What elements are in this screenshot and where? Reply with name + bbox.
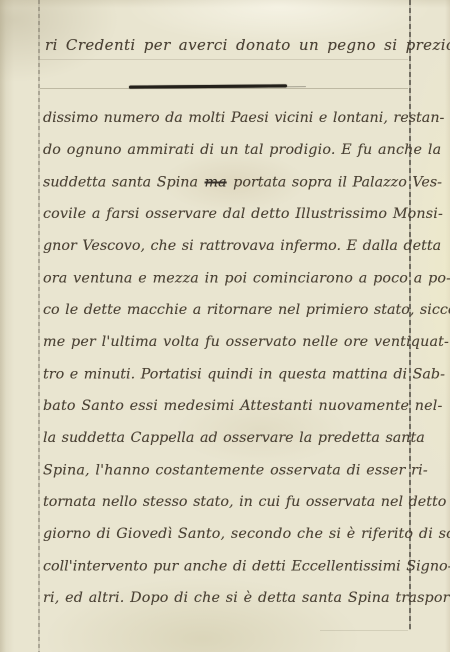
manuscript-line: giorno di Giovedì Santo, secondo che si … xyxy=(43,518,415,550)
manuscript-line: gnor Vescovo, che si rattrovava infermo.… xyxy=(43,230,415,262)
manuscript-line: tro e minuti. Portatisi quindi in questa… xyxy=(43,359,415,391)
manuscript-line: coll'intervento pur anche di detti Eccel… xyxy=(43,551,415,583)
manuscript-line: covile a farsi osservare dal detto Illus… xyxy=(43,198,415,230)
manuscript-line: co le dette macchie a ritornare nel prim… xyxy=(43,294,415,326)
manuscript-line: tornata nello stesso stato, in cui fu os… xyxy=(43,486,415,518)
line-text: portata sopra il Palazzo Ves- xyxy=(228,175,442,191)
catchline-text: ri Credenti per averci donato un pegno s… xyxy=(45,36,450,54)
manuscript-line: ora ventuna e mezza in poi cominciarono … xyxy=(43,263,415,295)
manuscript-page: ri Credenti per averci donato un pegno s… xyxy=(0,0,450,652)
pencil-guide-line xyxy=(40,88,408,89)
manuscript-line: do ognuno ammirati di un tal prodigio. E… xyxy=(43,134,415,166)
pencil-guide-line xyxy=(320,630,408,631)
left-margin-rule xyxy=(38,0,40,652)
manuscript-line: Spina, l'hanno costantemente osservata d… xyxy=(43,455,415,487)
manuscript-body: dissimo numero da molti Paesi vicini e l… xyxy=(43,102,415,614)
manuscript-line: suddetta santa Spina ma portata sopra il… xyxy=(43,167,415,199)
line-text: suddetta santa Spina xyxy=(43,175,204,191)
manuscript-line: dissimo numero da molti Paesi vicini e l… xyxy=(43,102,415,134)
struck-out-word: ma xyxy=(204,175,228,191)
manuscript-line: me per l'ultima volta fu osservato nelle… xyxy=(43,326,415,358)
manuscript-line: la suddetta Cappella ad osservare la pre… xyxy=(43,422,415,454)
manuscript-line: bato Santo essi medesimi Attestanti nuov… xyxy=(43,390,415,422)
manuscript-line: ri, ed altri. Dopo di che si è detta san… xyxy=(43,582,415,614)
pencil-guide-line xyxy=(40,59,408,60)
